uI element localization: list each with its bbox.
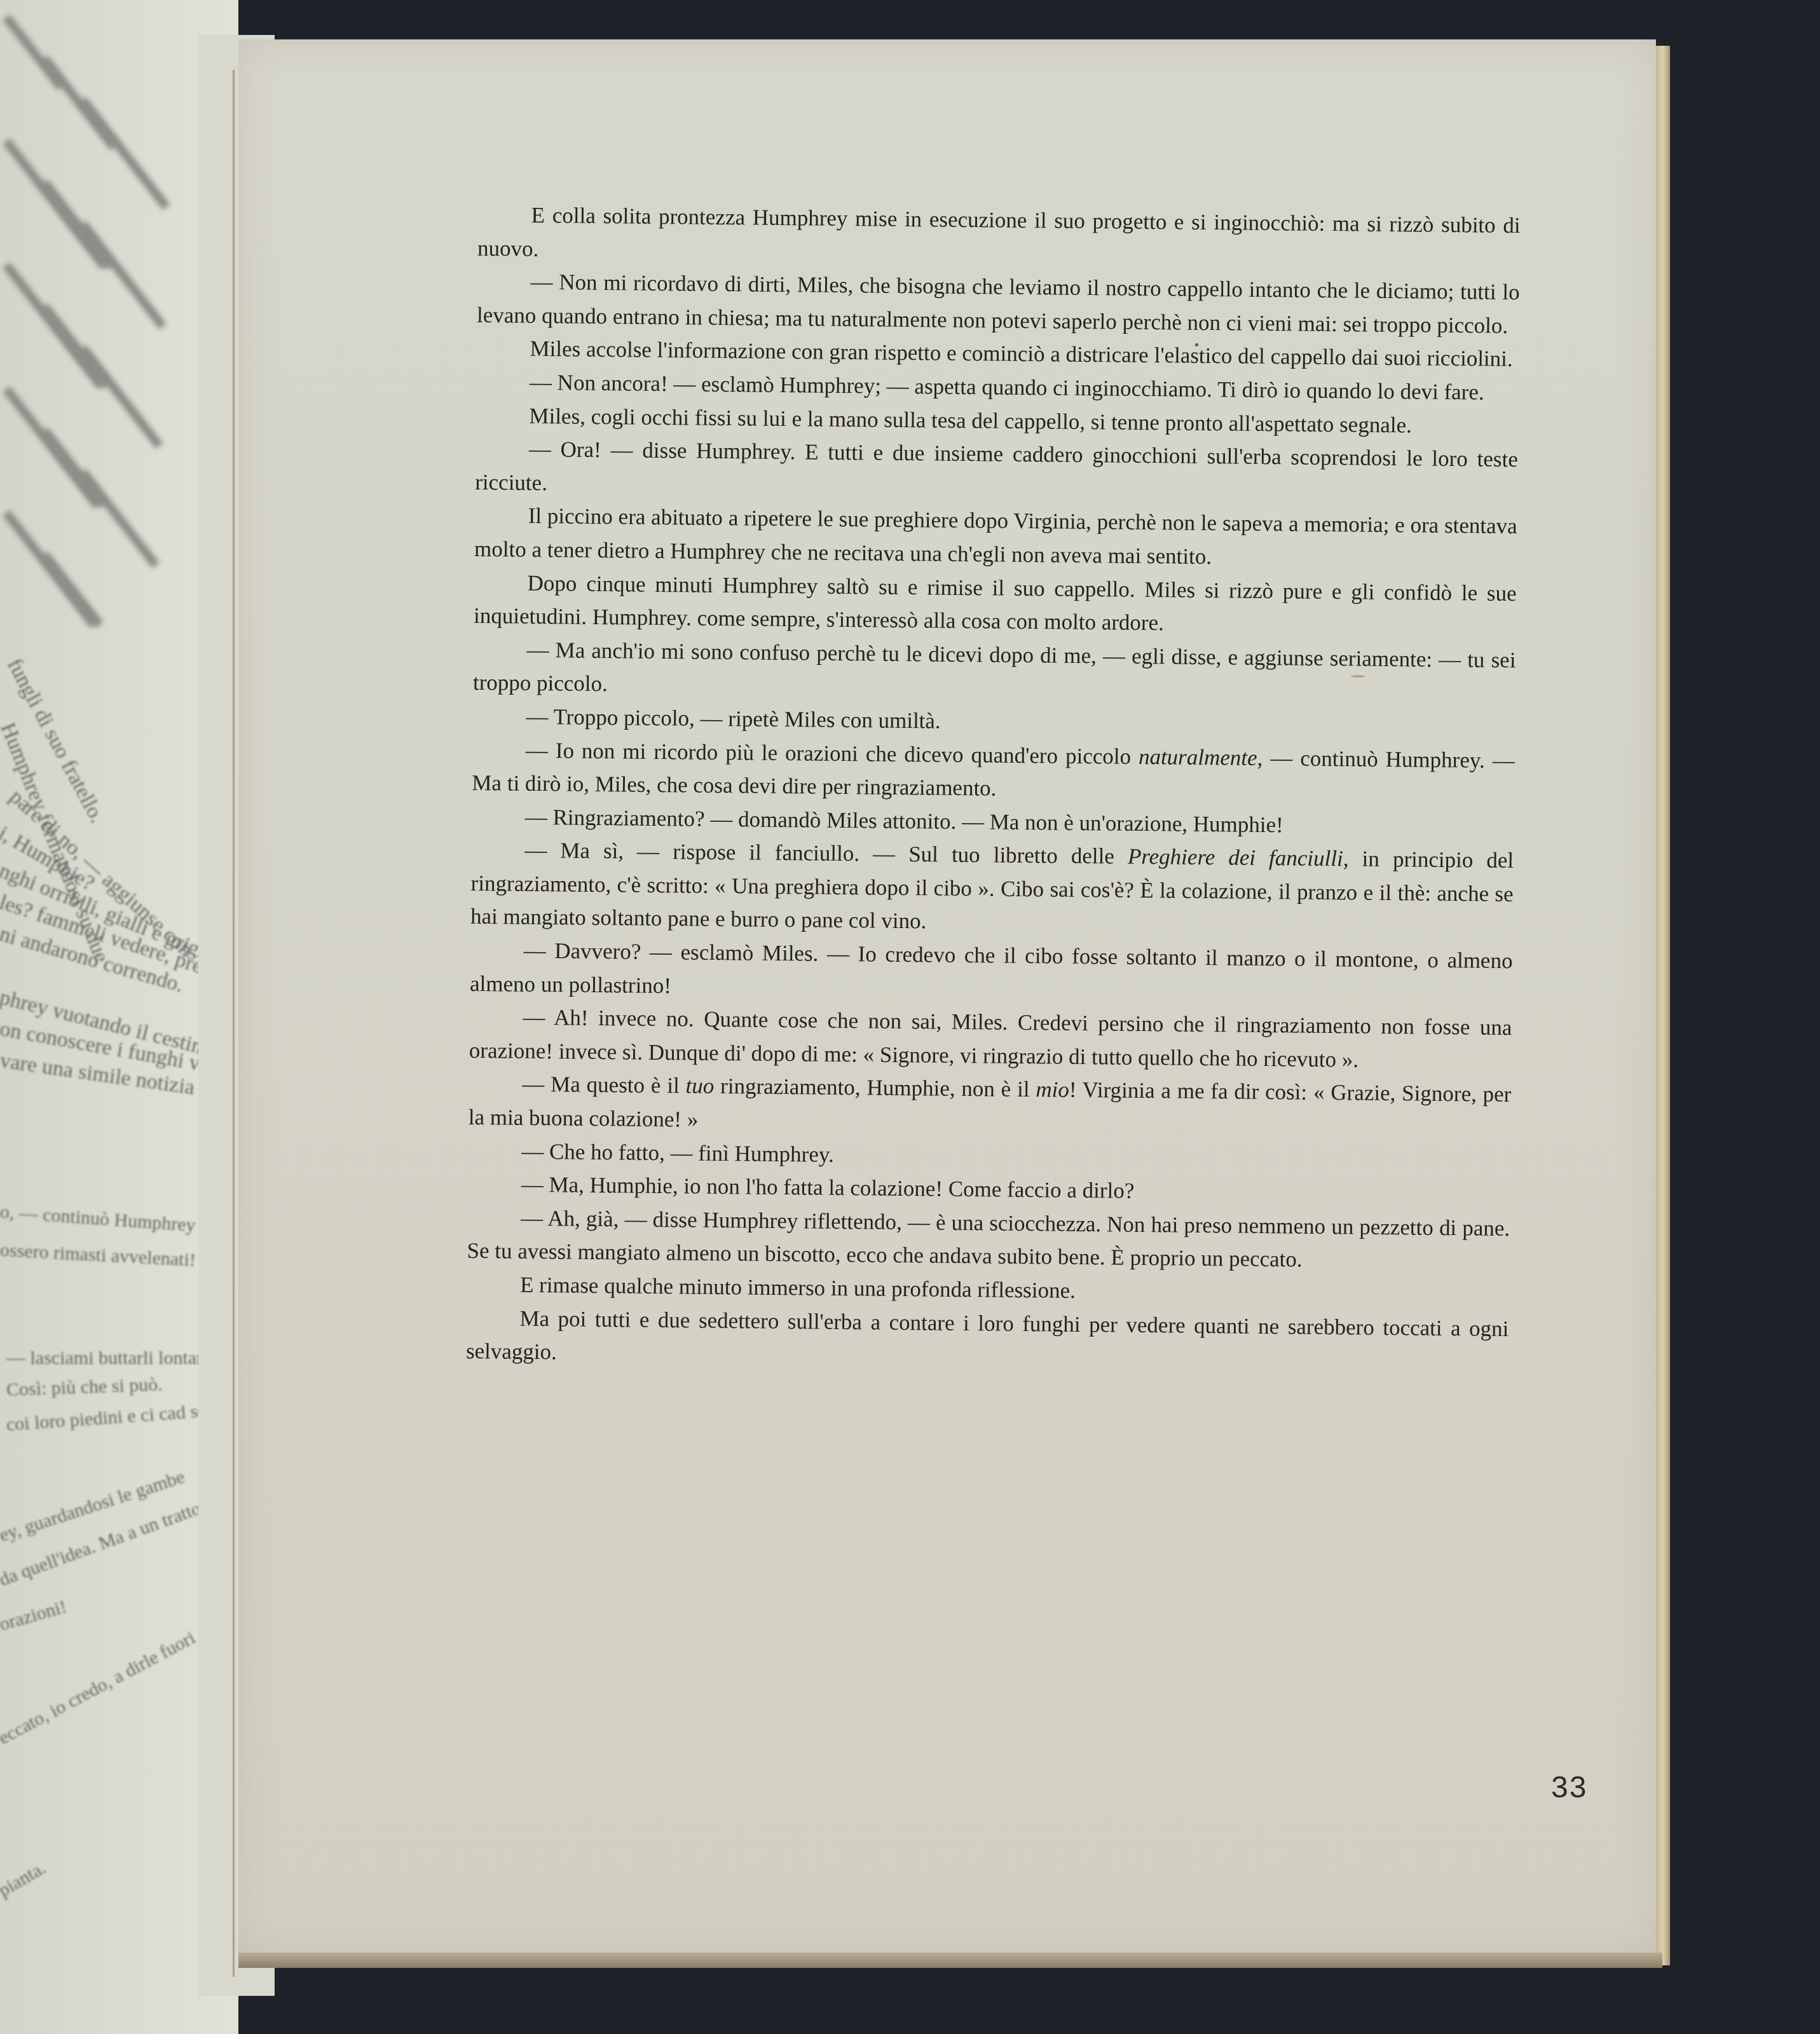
paragraph: — Ora! — disse Humphrey. E tutti e due i… — [475, 432, 1518, 510]
paragraph: — Non mi ricordavo di dirti, Miles, che … — [477, 265, 1520, 343]
paragraph: — Ah! invece no. Quante cose che non sai… — [469, 1000, 1512, 1078]
text-run: — Ma, Humphie, io non l'ho fatta la cola… — [521, 1172, 1135, 1203]
text-run: — Ah! invece no. Quante cose che non sai… — [469, 1005, 1512, 1072]
blurred-text-stroke — [79, 469, 159, 568]
paragraph: E colla solita prontezza Humphrey mise i… — [477, 198, 1521, 276]
text-run: — Ah, già, — disse Humphrey riflettendo,… — [467, 1206, 1510, 1272]
paper-speck — [1195, 343, 1198, 346]
page-body-text: E colla solita prontezza Humphrey mise i… — [466, 198, 1521, 1379]
left-page-fragment: Così: più che si può. — [6, 1374, 163, 1401]
text-run: — Ma anch'io mi sono confuso perchè tu l… — [473, 638, 1516, 697]
left-page-fragment: eccato, io credo, a dirle fuori — [0, 1627, 199, 1749]
italic-text: Preghiere dei fanciulli — [1128, 844, 1343, 871]
left-page-fragment: pianta. — [0, 1857, 50, 1902]
text-run: E colla solita prontezza Humphrey mise i… — [477, 203, 1521, 261]
page-block-edge-right — [1656, 46, 1670, 1965]
left-page-fragment: — lasciami buttarli lontano — [6, 1348, 216, 1369]
blurred-text-stroke — [41, 552, 103, 628]
paragraph: — Ma sì, — rispose il fanciullo. — Sul t… — [470, 833, 1514, 945]
left-page-fragment: ossero rimasti avvelenati! Se — [0, 1239, 220, 1273]
left-page-fragment: coi loro piedini e ci cad se — [6, 1400, 207, 1436]
left-page-fragment: orazioni! — [0, 1596, 69, 1636]
text-run: — Che ho fatto, — finì Humphrey. — [521, 1138, 834, 1166]
page-block-edge-bottom — [238, 1953, 1662, 1968]
text-run: Dopo cinque minuti Humphrey saltò su e r… — [474, 570, 1517, 635]
text-run: — Davvero? — esclamò Miles. — Io credevo… — [470, 938, 1513, 998]
blurred-text-stroke — [79, 221, 166, 329]
paragraph: — Ah, già, — disse Humphrey riflettendo,… — [467, 1201, 1510, 1279]
paragraph: Dopo cinque minuti Humphrey saltò su e r… — [474, 566, 1517, 643]
text-run: Miles accolse l'informazione con gran ri… — [530, 336, 1513, 371]
paper-stain — [1351, 675, 1365, 678]
paragraph: — Ma anch'io mi sono confuso perchè tu l… — [473, 633, 1516, 711]
paragraph: — Ma questo è il tuo ringraziamento, Hum… — [469, 1067, 1512, 1145]
paragraph: — Davvero? — esclamò Miles. — Io credevo… — [470, 934, 1513, 1011]
binding-crease — [233, 70, 235, 1977]
blurred-text-stroke — [79, 97, 170, 210]
text-run: E rimase qualche minuto immerso in una p… — [520, 1273, 1076, 1303]
left-page-fragment: o, — continuò Humphrey a — [0, 1201, 209, 1238]
text-run: — Ora! — disse Humphrey. E tutti e due i… — [475, 437, 1518, 495]
text-run: — Ringraziamento? — domandò Miles attoni… — [525, 805, 1283, 837]
text-run: — Non mi ricordavo di dirti, Miles, che … — [477, 270, 1520, 338]
paragraph: Il piccino era abituato a ripetere le su… — [474, 499, 1517, 577]
text-run: Miles, cogli occhi fissi su lui e la man… — [529, 403, 1412, 437]
italic-text: naturalmente — [1139, 744, 1257, 770]
text-run: Ma poi tutti e due sedettero sull'erba a… — [466, 1306, 1509, 1364]
text-run: Il piccino era abituato a ripetere le su… — [474, 503, 1517, 569]
page-number: 33 — [1551, 1770, 1587, 1805]
text-run: — Non ancora! — esclamò Humphrey; — aspe… — [530, 370, 1484, 405]
italic-text: tuo — [685, 1074, 714, 1098]
paragraph: Ma poi tutti e due sedettero sull'erba a… — [466, 1301, 1509, 1379]
text-run: ringraziamento, Humphie, non è il — [714, 1074, 1036, 1102]
text-run: — Troppo piccolo, — ripetè Miles con umi… — [526, 704, 941, 734]
text-run: — Ma sì, — rispose il fanciullo. — Sul t… — [524, 838, 1128, 869]
text-run: — Io non mi ricordo più le orazioni che … — [526, 737, 1139, 768]
blurred-text-stroke — [79, 345, 163, 449]
paragraph: — Io non mi ricordo più le orazioni che … — [472, 733, 1515, 810]
italic-text: mio — [1036, 1077, 1069, 1103]
text-run: — Ma questo è il — [522, 1072, 686, 1098]
